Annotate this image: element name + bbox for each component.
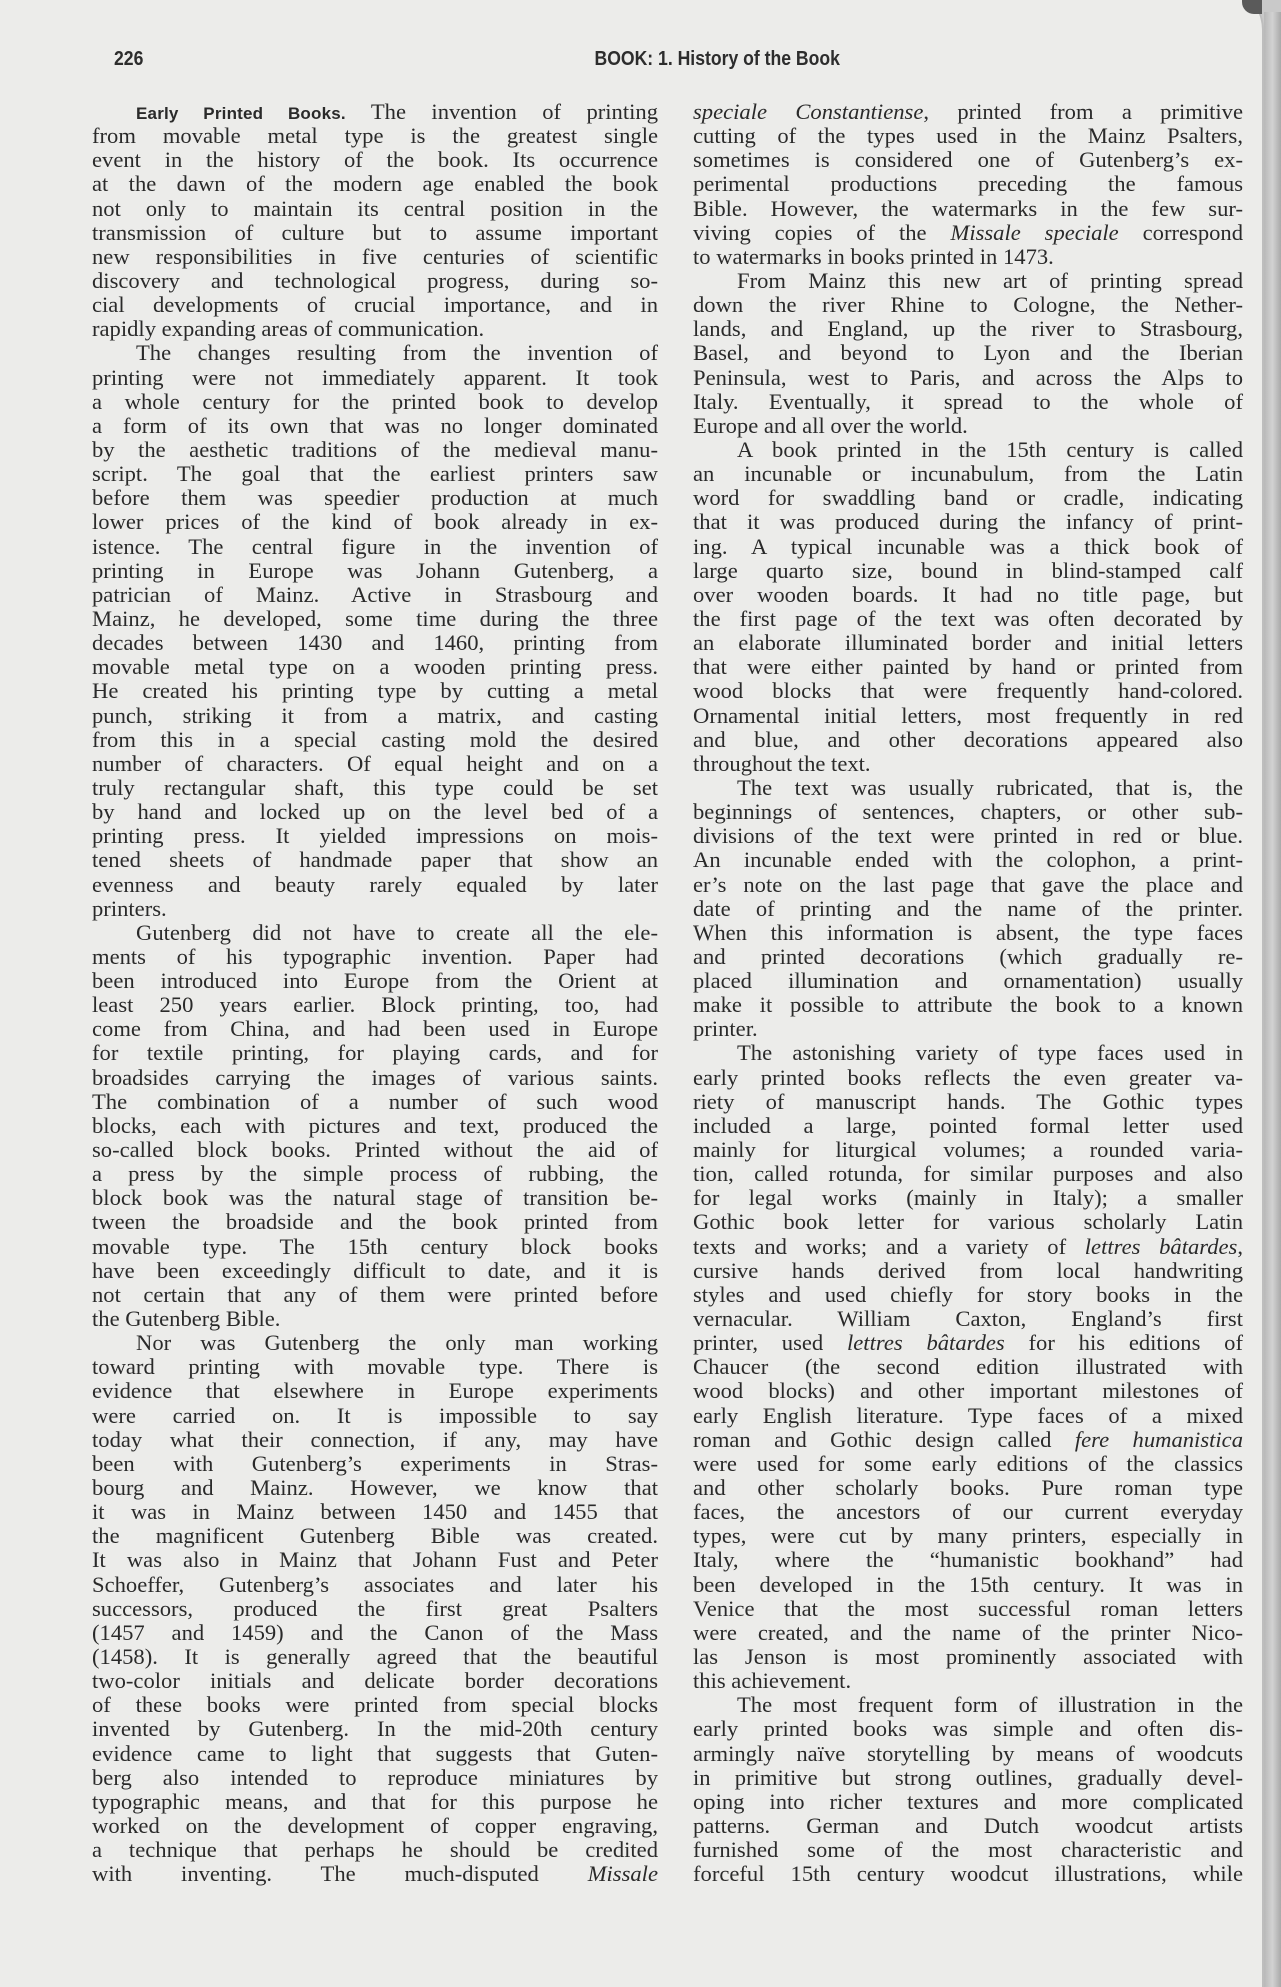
text-line: by the aesthetic traditions of the medie…	[92, 438, 658, 462]
text-line: placed illumination and ornamentation) u…	[693, 969, 1243, 993]
text-line: new responsibilities in five centuries o…	[92, 245, 658, 269]
text-line: at the dawn of the modern age enabled th…	[92, 172, 658, 196]
text-line: printer.	[693, 1017, 1243, 1041]
text-line: not only to maintain its central positio…	[92, 197, 658, 221]
text-line: printing in Europe was Johann Gutenberg,…	[92, 559, 658, 583]
text-line: printer, used lettres bâtardes for his e…	[693, 1331, 1243, 1355]
text-line: truly rectangular shaft, this type could…	[92, 776, 658, 800]
text-line: worked on the development of copper engr…	[92, 1814, 658, 1838]
text-line: lower prices of the kind of book already…	[92, 510, 658, 534]
text-line: sometimes is considered one of Gutenberg…	[693, 148, 1243, 172]
text-line: early printed books reflects the even gr…	[693, 1066, 1243, 1090]
text-line: Venice that the most successful roman le…	[693, 1597, 1243, 1621]
text-line: toward printing with movable type. There…	[92, 1355, 658, 1379]
text-line: transmission of culture but to assume im…	[92, 221, 658, 245]
text-line: date of printing and the name of the pri…	[693, 897, 1243, 921]
text-line: Gutenberg did not have to create all the…	[92, 921, 658, 945]
text-line: block book was the natural stage of tran…	[92, 1186, 658, 1210]
text-line: of these books were printed from special…	[92, 1693, 658, 1717]
text-line: las Jenson is most prominently associate…	[693, 1645, 1243, 1669]
text-line: before them was speedier production at m…	[92, 486, 658, 510]
text-line: by hand and locked up on the level bed o…	[92, 800, 658, 824]
text-line: least 250 years earlier. Block printing,…	[92, 993, 658, 1017]
next-page-edge	[1264, 12, 1281, 1987]
text-line: (1458). It is generally agreed that the …	[92, 1645, 658, 1669]
text-line: styles and used chiefly for story books …	[693, 1283, 1243, 1307]
text-line: large quarto size, bound in blind-stampe…	[693, 559, 1243, 583]
text-line: texts and works; and a variety of lettre…	[693, 1235, 1243, 1259]
text-line: over wooden boards. It had no title page…	[693, 583, 1243, 607]
text-line: He created his printing type by cutting …	[92, 679, 658, 703]
text-line: for textile printing, for playing cards,…	[92, 1041, 658, 1065]
text-line: ments of his typographic invention. Pape…	[92, 945, 658, 969]
text-line: wood blocks that were frequently hand-co…	[693, 679, 1243, 703]
text-line: The changes resulting from the invention…	[92, 341, 658, 365]
text-line: Italy. Eventually, it spread to the whol…	[693, 390, 1243, 414]
text-line: were used for some early editions of the…	[693, 1452, 1243, 1476]
text-line: broadsides carrying the images of variou…	[92, 1066, 658, 1090]
right-text-column: speciale Constantiense, printed from a p…	[693, 100, 1243, 1886]
text-line: word for swaddling band or cradle, indic…	[693, 486, 1243, 510]
text-line: in primitive but strong outlines, gradua…	[693, 1766, 1243, 1790]
text-line: berg also intended to reproduce miniatur…	[92, 1766, 658, 1790]
text-line: blocks, each with pictures and text, pro…	[92, 1114, 658, 1138]
text-line: oping into richer textures and more comp…	[693, 1790, 1243, 1814]
text-line: tween the broadside and the book printed…	[92, 1210, 658, 1234]
text-line: with inventing. The much-disputed Missal…	[92, 1862, 658, 1886]
text-line: not certain that any of them were printe…	[92, 1283, 658, 1307]
text-line: a press by the simple process of rubbing…	[92, 1162, 658, 1186]
text-line: early printed books was simple and often…	[693, 1717, 1243, 1741]
text-line: movable metal type on a wooden printing …	[92, 655, 658, 679]
text-line: faces, the ancestors of our current ever…	[693, 1500, 1243, 1524]
text-line: The most frequent form of illustration i…	[693, 1693, 1243, 1717]
text-line: a whole century for the printed book to …	[92, 390, 658, 414]
text-line: Basel, and beyond to Lyon and the Iberia…	[693, 341, 1243, 365]
text-line: riety of manuscript hands. The Gothic ty…	[693, 1090, 1243, 1114]
text-line: an elaborate illuminated border and init…	[693, 631, 1243, 655]
text-line: tion, called rotunda, for similar purpos…	[693, 1162, 1243, 1186]
text-line: typographic means, and that for this pur…	[92, 1790, 658, 1814]
text-line: An incunable ended with the colophon, a …	[693, 848, 1243, 872]
text-line: perimental productions preceding the fam…	[693, 172, 1243, 196]
text-line: have been exceedingly difficult to date,…	[92, 1259, 658, 1283]
text-line: were created, and the name of the printe…	[693, 1621, 1243, 1645]
text-line: been introduced into Europe from the Ori…	[92, 969, 658, 993]
text-line: from movable metal type is the greatest …	[92, 124, 658, 148]
text-line: The astonishing variety of type faces us…	[693, 1041, 1243, 1065]
text-line: discovery and technological progress, du…	[92, 269, 658, 293]
text-line: Ornamental initial letters, most frequen…	[693, 704, 1243, 728]
text-line: types, were cut by many printers, especi…	[693, 1524, 1243, 1548]
text-line: Bible. However, the watermarks in the fe…	[693, 197, 1243, 221]
text-line: divisions of the text were printed in re…	[693, 824, 1243, 848]
text-line: er’s note on the last page that gave the…	[693, 873, 1243, 897]
text-line: an incunable or incunabulum, from the La…	[693, 462, 1243, 486]
text-line: number of characters. Of equal height an…	[92, 752, 658, 776]
text-line: movable type. The 15th century block boo…	[92, 1235, 658, 1259]
text-line: throughout the text.	[693, 752, 1243, 776]
text-line: evidence came to light that suggests tha…	[92, 1742, 658, 1766]
text-line: included a large, pointed formal letter …	[693, 1114, 1243, 1138]
text-line: been with Gutenberg’s experiments in Str…	[92, 1452, 658, 1476]
page-corner-shadow	[1242, 0, 1262, 14]
text-line: viving copies of the Missale speciale co…	[693, 221, 1243, 245]
book-page: 226 BOOK: 1. History of the Book Early P…	[0, 0, 1264, 1987]
text-line: istence. The central figure in the inven…	[92, 535, 658, 559]
text-line: evenness and beauty rarely equaled by la…	[92, 873, 658, 897]
text-line: The text was usually rubricated, that is…	[693, 776, 1243, 800]
text-line: bourg and Mainz. However, we know that	[92, 1476, 658, 1500]
text-line: roman and Gothic design called fere huma…	[693, 1428, 1243, 1452]
text-line: were carried on. It is impossible to say	[92, 1404, 658, 1428]
text-line: speciale Constantiense, printed from a p…	[693, 100, 1243, 124]
text-line: cutting of the types used in the Mainz P…	[693, 124, 1243, 148]
text-line: ing. A typical incunable was a thick boo…	[693, 535, 1243, 559]
chapter-title: BOOK: 1. History of the Book	[594, 48, 839, 71]
text-line: the Gutenberg Bible.	[92, 1307, 658, 1331]
text-line: When this information is absent, the typ…	[693, 921, 1243, 945]
text-line: wood blocks) and other important milesto…	[693, 1379, 1243, 1403]
text-line: evidence that elsewhere in Europe experi…	[92, 1379, 658, 1403]
text-line: lands, and England, up the river to Stra…	[693, 317, 1243, 341]
text-line: been developed in the 15th century. It w…	[693, 1573, 1243, 1597]
text-line: printers.	[92, 897, 658, 921]
page-number: 226	[114, 48, 143, 71]
text-line: today what their connection, if any, may…	[92, 1428, 658, 1452]
text-line: tened sheets of handmade paper that show…	[92, 848, 658, 872]
text-line: and blue, and other decorations appeared…	[693, 728, 1243, 752]
text-line: patrician of Mainz. Active in Strasbourg…	[92, 583, 658, 607]
text-line: Gothic book letter for various scholarly…	[693, 1210, 1243, 1234]
text-line: Mainz, he developed, some time during th…	[92, 607, 658, 631]
text-line: event in the history of the book. Its oc…	[92, 148, 658, 172]
text-line: cial developments of crucial importance,…	[92, 293, 658, 317]
text-line: early English literature. Type faces of …	[693, 1404, 1243, 1428]
text-line: Nor was Gutenberg the only man working	[92, 1331, 658, 1355]
text-line: It was also in Mainz that Johann Fust an…	[92, 1548, 658, 1572]
text-line: Schoeffer, Gutenberg’s associates and la…	[92, 1573, 658, 1597]
text-line: decades between 1430 and 1460, printing …	[92, 631, 658, 655]
text-line: The combination of a number of such wood	[92, 1090, 658, 1114]
text-line: it was in Mainz between 1450 and 1455 th…	[92, 1500, 658, 1524]
text-line: forceful 15th century woodcut illustrati…	[693, 1862, 1243, 1886]
text-line: a form of its own that was no longer dom…	[92, 414, 658, 438]
text-line: come from China, and had been used in Eu…	[92, 1017, 658, 1041]
text-line: successors, produced the first great Psa…	[92, 1597, 658, 1621]
text-line: for legal works (mainly in Italy); a sma…	[693, 1186, 1243, 1210]
text-line: two-color initials and delicate border d…	[92, 1669, 658, 1693]
text-line: down the river Rhine to Cologne, the Net…	[693, 293, 1243, 317]
text-line: that were either painted by hand or prin…	[693, 655, 1243, 679]
text-line: rapidly expanding areas of communication…	[92, 317, 658, 341]
text-line: to watermarks in books printed in 1473.	[693, 245, 1243, 269]
text-line: punch, striking it from a matrix, and ca…	[92, 704, 658, 728]
text-line: (1457 and 1459) and the Canon of the Mas…	[92, 1621, 658, 1645]
text-line: and other scholarly books. Pure roman ty…	[693, 1476, 1243, 1500]
text-line: From Mainz this new art of printing spre…	[693, 269, 1243, 293]
text-line: Early Printed Books. The invention of pr…	[92, 100, 658, 124]
running-head: 226 BOOK: 1. History of the Book	[114, 48, 1117, 72]
text-line: that it was produced during the infancy …	[693, 510, 1243, 534]
text-line: from this in a special casting mold the …	[92, 728, 658, 752]
text-line: mainly for liturgical volumes; a rounded…	[693, 1138, 1243, 1162]
text-line: printing were not immediately apparent. …	[92, 366, 658, 390]
text-line: beginnings of sentences, chapters, or ot…	[693, 800, 1243, 824]
text-line: so-called block books. Printed without t…	[92, 1138, 658, 1162]
text-line: printing press. It yielded impressions o…	[92, 824, 658, 848]
text-line: make it possible to attribute the book t…	[693, 993, 1243, 1017]
text-line: Peninsula, west to Paris, and across the…	[693, 366, 1243, 390]
text-line: and printed decorations (which gradually…	[693, 945, 1243, 969]
text-line: the first page of the text was often dec…	[693, 607, 1243, 631]
text-line: a technique that perhaps he should be cr…	[92, 1838, 658, 1862]
text-line: cursive hands derived from local handwri…	[693, 1259, 1243, 1283]
text-line: invented by Gutenberg. In the mid-20th c…	[92, 1717, 658, 1741]
text-line: this achievement.	[693, 1669, 1243, 1693]
text-line: vernacular. William Caxton, England’s fi…	[693, 1307, 1243, 1331]
text-line: furnished some of the most characteristi…	[693, 1838, 1243, 1862]
text-line: Chaucer (the second edition illustrated …	[693, 1355, 1243, 1379]
text-line: armingly naïve storytelling by means of …	[693, 1742, 1243, 1766]
text-line: the magnificent Gutenberg Bible was crea…	[92, 1524, 658, 1548]
text-line: script. The goal that the earliest print…	[92, 462, 658, 486]
text-line: patterns. German and Dutch woodcut artis…	[693, 1814, 1243, 1838]
text-line: Europe and all over the world.	[693, 414, 1243, 438]
left-text-column: Early Printed Books. The invention of pr…	[92, 100, 658, 1886]
text-line: A book printed in the 15th century is ca…	[693, 438, 1243, 462]
text-line: Italy, where the “humanistic bookhand” h…	[693, 1548, 1243, 1572]
